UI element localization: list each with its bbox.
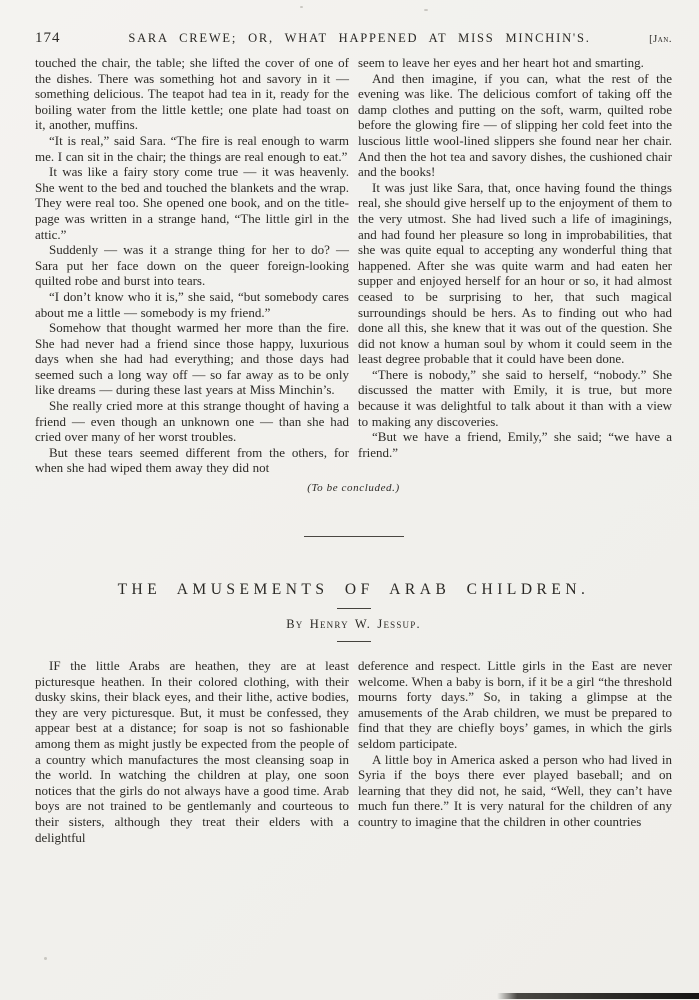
article2-body: IF the little Arabs are heathen, they ar… — [35, 658, 672, 845]
byline-rule — [337, 641, 371, 642]
scan-speckle — [300, 6, 303, 8]
title-rule — [337, 608, 371, 609]
paragraph: But these tears seemed different from th… — [35, 445, 349, 476]
article-divider-rule — [304, 536, 404, 537]
to-be-concluded-note: (To be concluded.) — [35, 482, 672, 494]
article1-body: touched the chair, the table; she lifted… — [35, 55, 672, 476]
paragraph: IF the little Arabs are heathen, they ar… — [35, 658, 349, 845]
page-number: 174 — [35, 30, 95, 47]
article2-left-column: IF the little Arabs are heathen, they ar… — [35, 658, 349, 845]
paragraph: touched the chair, the table; she lifted… — [35, 55, 349, 133]
running-head-title: SARA CREWE; OR, WHAT HAPPENED AT MISS MI… — [95, 31, 624, 46]
article2-title: THE AMUSEMENTS OF ARAB CHILDREN. — [35, 581, 672, 599]
paragraph: A little boy in America asked a person w… — [358, 752, 672, 830]
scan-speckle — [424, 9, 428, 11]
article2-byline: By Henry W. Jessup. — [35, 617, 672, 632]
article2-heading: THE AMUSEMENTS OF ARAB CHILDREN. By Henr… — [35, 581, 672, 642]
article2-right-column: deference and respect. Little girls in t… — [358, 658, 672, 845]
paragraph: Suddenly — was it a strange thing for he… — [35, 242, 349, 289]
article1-right-column: seem to leave her eyes and her heart hot… — [358, 55, 672, 476]
paragraph: It was like a fairy story come true — it… — [35, 164, 349, 242]
paragraph: It was just like Sara, that, once having… — [358, 180, 672, 367]
scan-edge-artifact — [497, 993, 699, 999]
paragraph: She really cried more at this strange th… — [35, 398, 349, 445]
paragraph: “But we have a friend, Emily,” she said;… — [358, 429, 672, 460]
paragraph: “It is real,” said Sara. “The fire is re… — [35, 133, 349, 164]
paragraph: seem to leave her eyes and her heart hot… — [358, 55, 672, 71]
paragraph: And then imagine, if you can, what the r… — [358, 71, 672, 180]
paragraph: Somehow that thought warmed her more tha… — [35, 320, 349, 398]
paragraph: deference and respect. Little girls in t… — [358, 658, 672, 752]
paragraph: “There is nobody,” she said to herself, … — [358, 367, 672, 429]
scan-speckle — [44, 957, 47, 960]
running-head: 174 SARA CREWE; OR, WHAT HAPPENED AT MIS… — [35, 30, 672, 47]
article1-left-column: touched the chair, the table; she lifted… — [35, 55, 349, 476]
scanned-magazine-page: 174 SARA CREWE; OR, WHAT HAPPENED AT MIS… — [0, 0, 699, 1000]
paragraph: “I don’t know who it is,” she said, “but… — [35, 289, 349, 320]
issue-label: [Jan. — [624, 34, 672, 45]
